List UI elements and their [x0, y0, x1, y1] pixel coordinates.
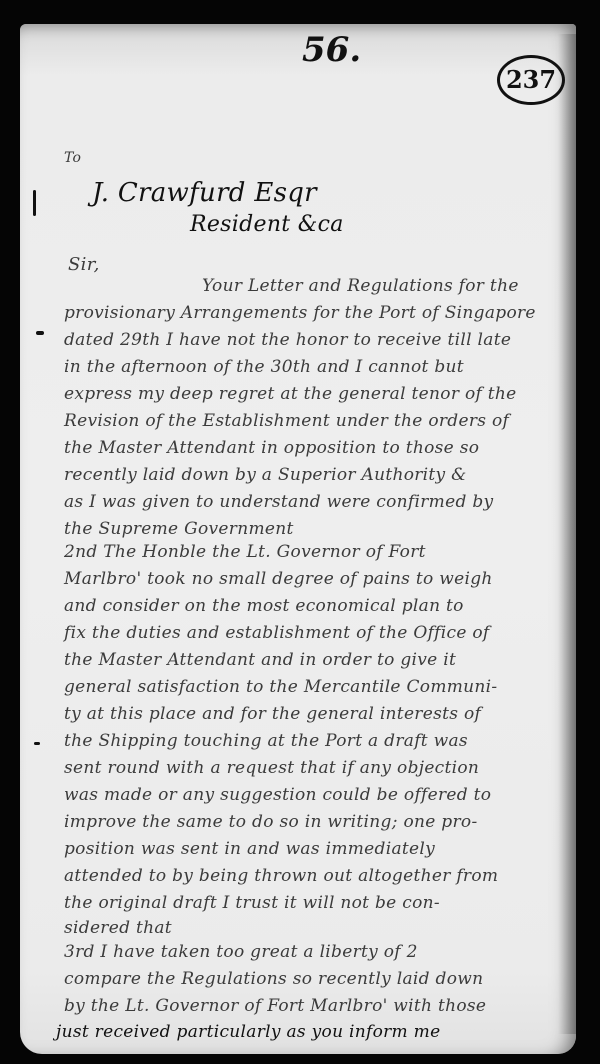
text-line: was made or any suggestion could be offe… — [64, 785, 491, 805]
text-line: the Master Attendant and in order to giv… — [64, 650, 456, 670]
text-line: just received particularly as you inform… — [56, 1022, 440, 1042]
salutation-prefix: To — [64, 150, 81, 166]
margin-mark — [34, 742, 40, 745]
text-line: as I was given to understand were confir… — [64, 492, 493, 512]
text-line: the Master Attendant in opposition to th… — [64, 438, 479, 458]
text-line: attended to by being thrown out altogeth… — [64, 866, 498, 886]
text-line: the Shipping touching at the Port a draf… — [64, 731, 468, 751]
text-line: sent round with a request that if any ob… — [64, 758, 479, 778]
addressee-title: Resident &ca — [190, 212, 344, 237]
greeting: Sir, — [68, 254, 100, 275]
text-line: ty at this place and for the general int… — [64, 704, 481, 724]
text-line: 3rd I have taken too great a liberty of … — [64, 942, 418, 962]
text-line: by the Lt. Governor of Fort Marlbro' wit… — [64, 996, 486, 1016]
text-line: fix the duties and establishment of the … — [64, 623, 490, 643]
text-line: 2nd The Honble the Lt. Governor of Fort — [64, 542, 426, 562]
text-line: Revision of the Establishment under the … — [64, 411, 509, 431]
margin-mark — [33, 190, 36, 216]
text-line: improve the same to do so in writing; on… — [64, 812, 477, 832]
folio-number: 56. — [302, 30, 361, 70]
text-line: express my deep regret at the general te… — [64, 384, 517, 404]
text-line: sidered that — [64, 918, 172, 938]
text-line: Marlbro' took no small degree of pains t… — [64, 569, 493, 589]
margin-mark — [36, 331, 44, 335]
text-line: the original draft I trust it will not b… — [64, 893, 440, 913]
text-line: position was sent in and was immediately — [64, 839, 435, 859]
text-line: compare the Regulations so recently laid… — [64, 969, 483, 989]
text-line: in the afternoon of the 30th and I canno… — [64, 357, 464, 377]
text-line: Your Letter and Regulations for the — [202, 276, 519, 296]
text-line: and consider on the most economical plan… — [64, 596, 464, 616]
archive-stamp: 237 — [497, 55, 565, 105]
addressee: J. Crawfurd Esqr — [92, 178, 317, 208]
text-line: recently laid down by a Superior Authori… — [64, 465, 467, 485]
text-line: provisionary Arrangements for the Port o… — [64, 303, 536, 323]
text-line: the Supreme Government — [64, 519, 294, 539]
text-line: dated 29th I have not the honor to recei… — [64, 330, 511, 350]
text-line: general satisfaction to the Mercantile C… — [64, 677, 497, 697]
